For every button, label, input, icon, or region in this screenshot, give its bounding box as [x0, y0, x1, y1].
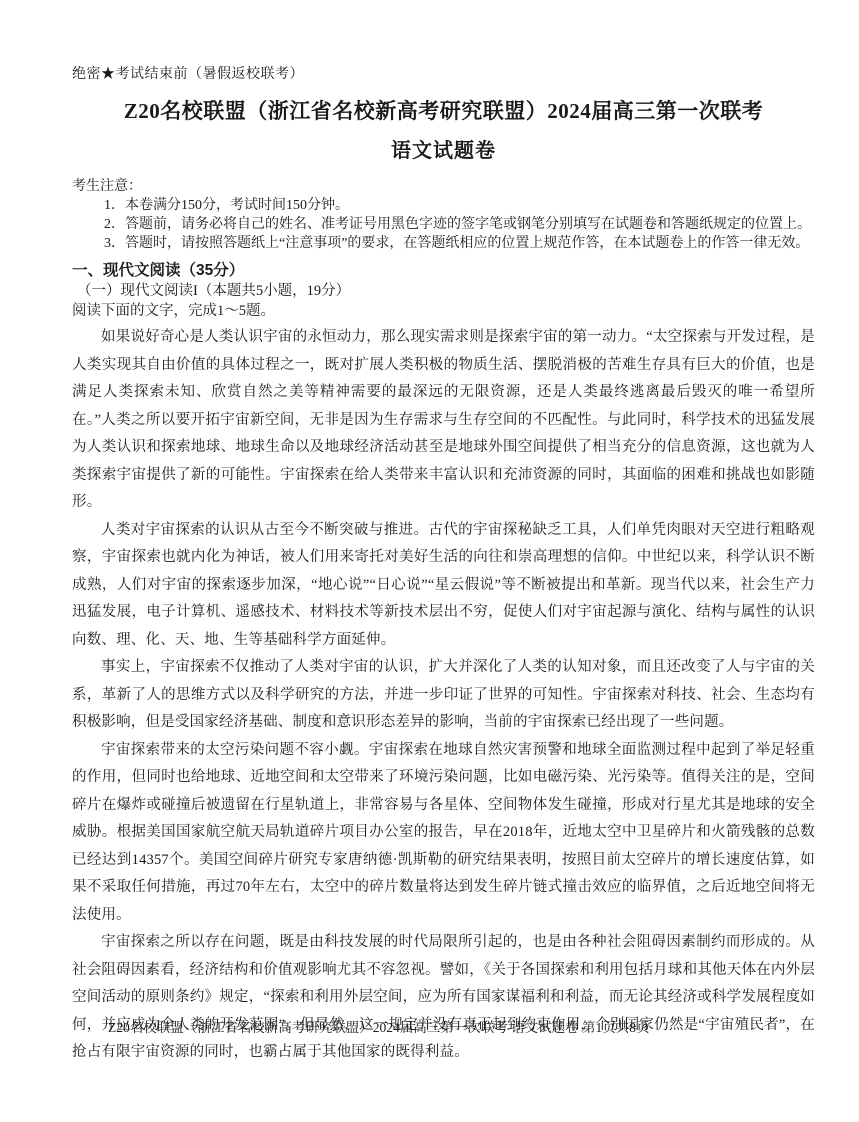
reading-passage: 如果说好奇心是人类认识宇宙的永恒动力，那么现实需求则是探索宇宙的第一动力。“太空… [72, 324, 815, 1067]
exam-title: Z20名校联盟（浙江省名校新高考研究联盟）2024届高三第一次联考 [72, 98, 815, 124]
notice-item-3: 3．答题时，请按照答题纸上“注意事项”的要求，在答题纸相应的位置上规范作答，在本… [72, 234, 815, 253]
passage-paragraph-2: 人类对宇宙探索的认识从古至今不断突破与推进。古代的宇宙探秘缺乏工具，人们单凭肉眼… [72, 517, 815, 655]
exam-subtitle: 语文试题卷 [72, 139, 815, 164]
passage-paragraph-4: 宇宙探索带来的太空污染问题不容小觑。宇宙探索在地球自然灾害预警和地球全面监测过程… [72, 737, 815, 930]
page-footer: Z20名校联盟（浙江省名校新高考研究联盟）2024届高三第一次联考 语文试题卷 … [108, 1019, 650, 1037]
section-one-part-heading: （一）现代文阅读I（本题共5小题，19分） [72, 281, 815, 301]
passage-paragraph-1: 如果说好奇心是人类认识宇宙的永恒动力，那么现实需求则是探索宇宙的第一动力。“太空… [72, 324, 815, 517]
passage-paragraph-5: 宇宙探索之所以存在问题，既是由科技发展的时代局限所引起的，也是由各种社会阻碍因素… [72, 929, 815, 1067]
exam-paper-page: 绝密★考试结束前（暑假返校联考） Z20名校联盟（浙江省名校新高考研究联盟）20… [0, 0, 859, 1122]
candidate-notice: 考生注意： 1．本卷满分150分，考试时间150分钟。 2．答题前，请务必将自己… [72, 177, 815, 253]
reading-instruction: 阅读下面的文字，完成1～5题。 [72, 301, 815, 321]
security-notice: 绝密★考试结束前（暑假返校联考） [72, 66, 815, 84]
passage-paragraph-3: 事实上，宇宙探索不仅推动了人类对宇宙的认识，扩大并深化了人类的认知对象，而且还改… [72, 654, 815, 737]
notice-label: 考生注意： [72, 177, 815, 196]
notice-item-1: 1．本卷满分150分，考试时间150分钟。 [72, 196, 815, 215]
section-one-heading: 一、现代文阅读（35分） [72, 260, 815, 281]
notice-item-2: 2．答题前，请务必将自己的姓名、准考证号用黑色字迹的签字笔或钢笔分别填写在试题卷… [72, 215, 815, 234]
